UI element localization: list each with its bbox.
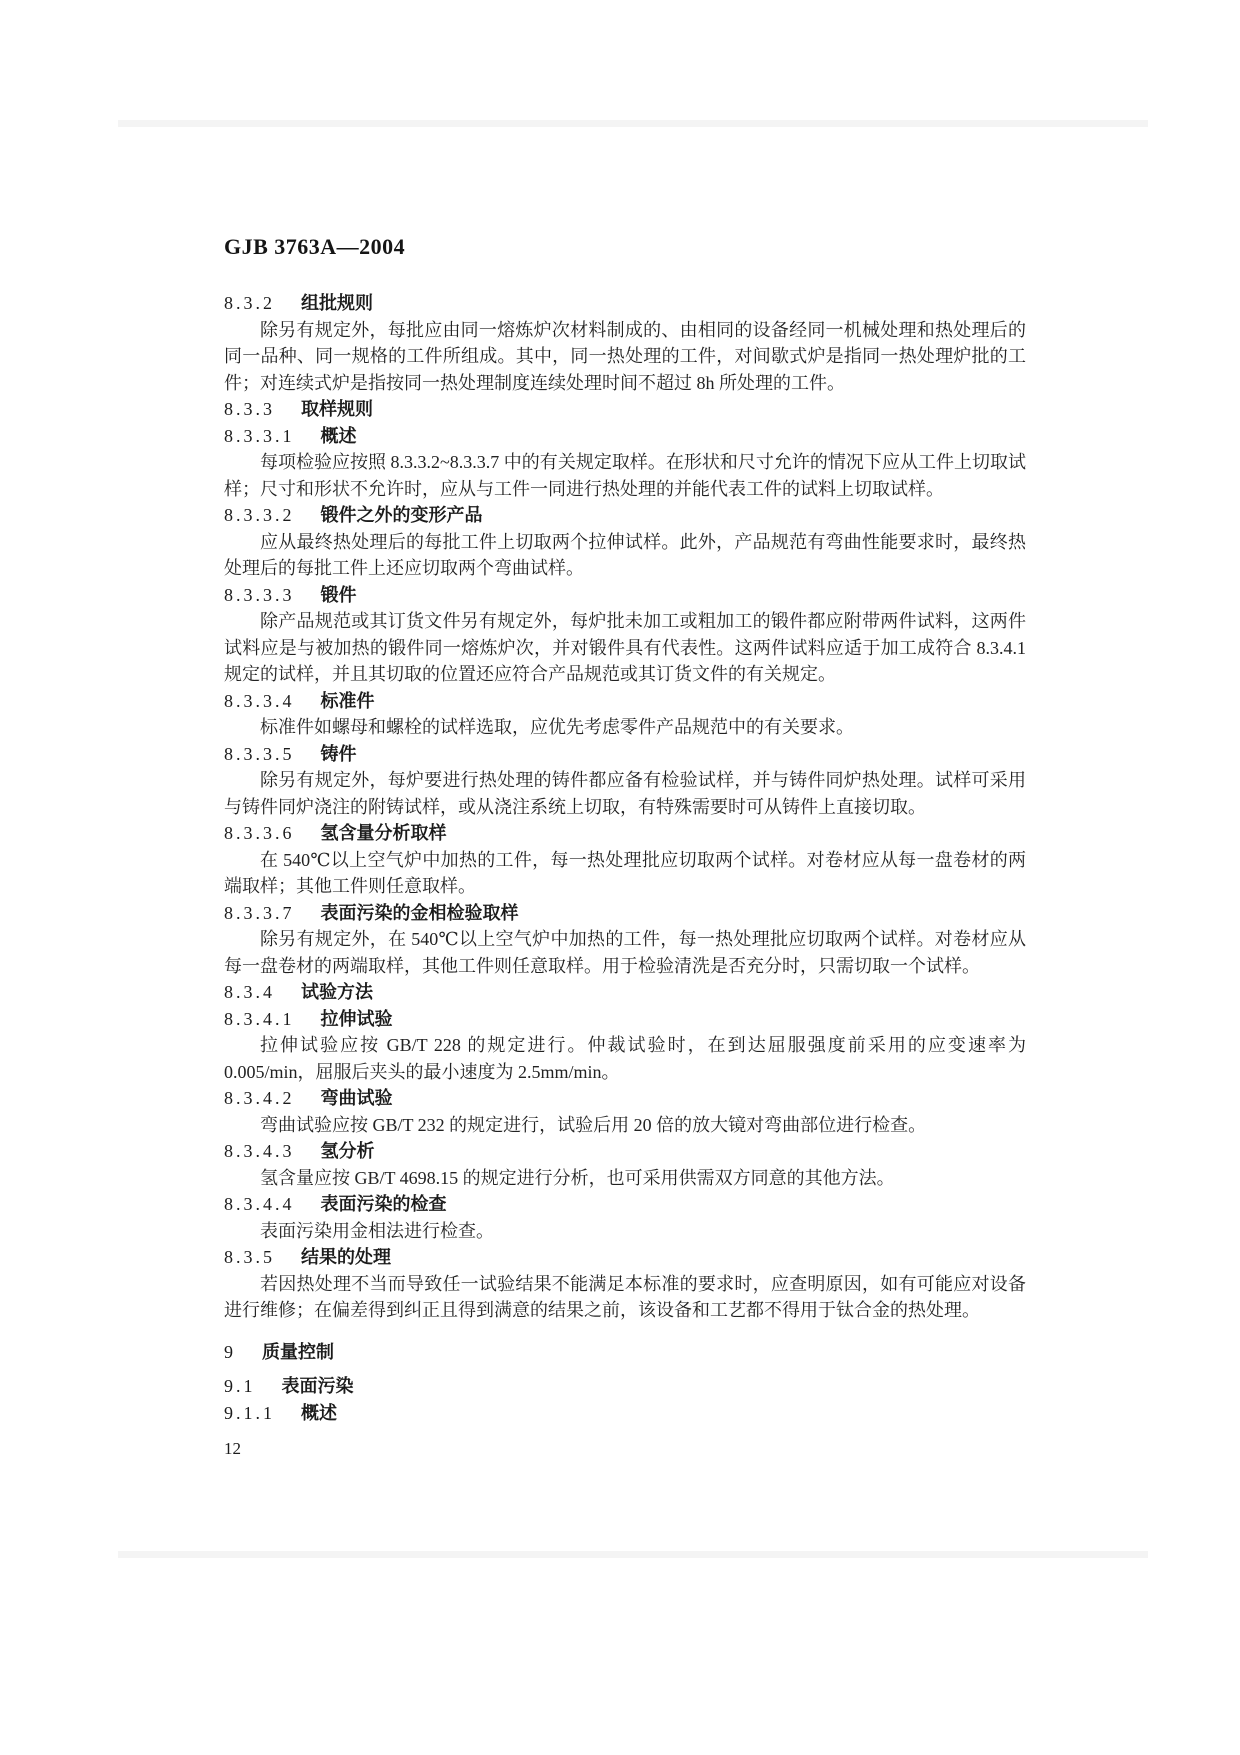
section-title: 概述 <box>321 426 357 446</box>
section-heading: 8.3.3.4标准件 <box>224 688 1026 715</box>
paragraph: 除另有规定外，每批应由同一熔炼炉次材料制成的、由相同的设备经同一机械处理和热处理… <box>224 317 1026 397</box>
paragraph: 弯曲试验应按 GB/T 232 的规定进行，试验后用 20 倍的放大镜对弯曲部位… <box>224 1112 1026 1139</box>
scan-edge-artifact-bottom <box>118 1551 1148 1558</box>
section-number: 9.1.1 <box>224 1403 275 1423</box>
section-heading: 8.3.4试验方法 <box>224 979 1026 1006</box>
section-number: 8.3.3.4 <box>224 691 295 711</box>
section-title: 概述 <box>301 1403 337 1423</box>
paragraph: 在 540℃以上空气炉中加热的工件，每一热处理批应切取两个试样。对卷材应从每一盘… <box>224 847 1026 900</box>
paragraph: 应从最终热处理后的每批工件上切取两个拉伸试样。此外，产品规范有弯曲性能要求时，最… <box>224 529 1026 582</box>
section-title: 组批规则 <box>301 293 373 313</box>
section-number: 8.3.3.3 <box>224 585 295 605</box>
section-number: 9 <box>224 1342 236 1362</box>
section-title: 质量控制 <box>262 1342 334 1362</box>
section-title: 取样规则 <box>301 399 373 419</box>
section-number: 8.3.4.4 <box>224 1194 295 1214</box>
section-number: 8.3.3.2 <box>224 505 295 525</box>
section-number: 8.3.4 <box>224 982 275 1002</box>
section-heading: 8.3.3.6氢含量分析取样 <box>224 820 1026 847</box>
section-heading: 8.3.3取样规则 <box>224 396 1026 423</box>
section-number: 9.1 <box>224 1376 256 1396</box>
paragraph: 除另有规定外，每炉要进行热处理的铸件都应备有检验试样，并与铸件同炉热处理。试样可… <box>224 767 1026 820</box>
section-number: 8.3.3.1 <box>224 426 295 446</box>
section-heading: 8.3.3.5铸件 <box>224 741 1026 768</box>
paragraph: 标准件如螺母和螺栓的试样选取，应优先考虑零件产品规范中的有关要求。 <box>224 714 1026 741</box>
document-page: { "page": { "doc_number": "GJB 3763A—200… <box>0 0 1240 1755</box>
section-heading: 8.3.3.2锻件之外的变形产品 <box>224 502 1026 529</box>
section-heading: 8.3.4.3氢分析 <box>224 1138 1026 1165</box>
section-title: 锻件 <box>321 585 357 605</box>
section-number: 8.3.3.6 <box>224 823 295 843</box>
page-number: 12 <box>224 1439 1026 1459</box>
section-heading: 8.3.3.1概述 <box>224 423 1026 450</box>
page-content: GJB 3763A—2004 8.3.2组批规则除另有规定外，每批应由同一熔炼炉… <box>224 234 1026 1459</box>
section-number: 8.3.4.1 <box>224 1009 295 1029</box>
section-number: 8.3.3 <box>224 399 275 419</box>
chapter-heading: 9质量控制 <box>224 1339 1026 1366</box>
section-title: 氢含量分析取样 <box>321 823 447 843</box>
document-body: 8.3.2组批规则除另有规定外，每批应由同一熔炼炉次材料制成的、由相同的设备经同… <box>224 290 1026 1426</box>
section-title: 铸件 <box>321 744 357 764</box>
section-heading: 9.1.1概述 <box>224 1400 1026 1427</box>
section-number: 8.3.4.2 <box>224 1088 295 1108</box>
paragraph: 氢含量应按 GB/T 4698.15 的规定进行分析，也可采用供需双方同意的其他… <box>224 1165 1026 1192</box>
paragraph: 若因热处理不当而导致任一试验结果不能满足本标准的要求时，应查明原因，如有可能应对… <box>224 1271 1026 1324</box>
section-heading: 9.1表面污染 <box>224 1373 1026 1400</box>
section-title: 表面污染的金相检验取样 <box>321 903 519 923</box>
section-title: 表面污染 <box>282 1376 354 1396</box>
section-title: 拉伸试验 <box>321 1009 393 1029</box>
section-heading: 8.3.3.7表面污染的金相检验取样 <box>224 900 1026 927</box>
section-heading: 8.3.4.1拉伸试验 <box>224 1006 1026 1033</box>
paragraph: 除产品规范或其订货文件另有规定外，每炉批未加工或粗加工的锻件都应附带两件试料，这… <box>224 608 1026 688</box>
section-number: 8.3.3.5 <box>224 744 295 764</box>
section-heading: 8.3.3.3锻件 <box>224 582 1026 609</box>
scan-edge-artifact-top <box>118 120 1148 127</box>
doc-number-header: GJB 3763A—2004 <box>224 234 1026 260</box>
paragraph: 除另有规定外，在 540℃以上空气炉中加热的工件，每一热处理批应切取两个试样。对… <box>224 926 1026 979</box>
section-title: 弯曲试验 <box>321 1088 393 1108</box>
section-number: 8.3.4.3 <box>224 1141 295 1161</box>
section-number: 8.3.2 <box>224 293 275 313</box>
paragraph: 拉伸试验应按 GB/T 228 的规定进行。仲裁试验时，在到达屈服强度前采用的应… <box>224 1032 1026 1085</box>
section-heading: 8.3.4.4表面污染的检查 <box>224 1191 1026 1218</box>
section-title: 标准件 <box>321 691 375 711</box>
section-title: 氢分析 <box>321 1141 375 1161</box>
section-title: 锻件之外的变形产品 <box>321 505 483 525</box>
section-heading: 8.3.4.2弯曲试验 <box>224 1085 1026 1112</box>
section-title: 结果的处理 <box>301 1247 391 1267</box>
section-title: 试验方法 <box>301 982 373 1002</box>
section-title: 表面污染的检查 <box>321 1194 447 1214</box>
section-number: 8.3.3.7 <box>224 903 295 923</box>
section-heading: 8.3.2组批规则 <box>224 290 1026 317</box>
paragraph: 表面污染用金相法进行检查。 <box>224 1218 1026 1245</box>
paragraph: 每项检验应按照 8.3.3.2~8.3.3.7 中的有关规定取样。在形状和尺寸允… <box>224 449 1026 502</box>
section-heading: 8.3.5结果的处理 <box>224 1244 1026 1271</box>
section-number: 8.3.5 <box>224 1247 275 1267</box>
